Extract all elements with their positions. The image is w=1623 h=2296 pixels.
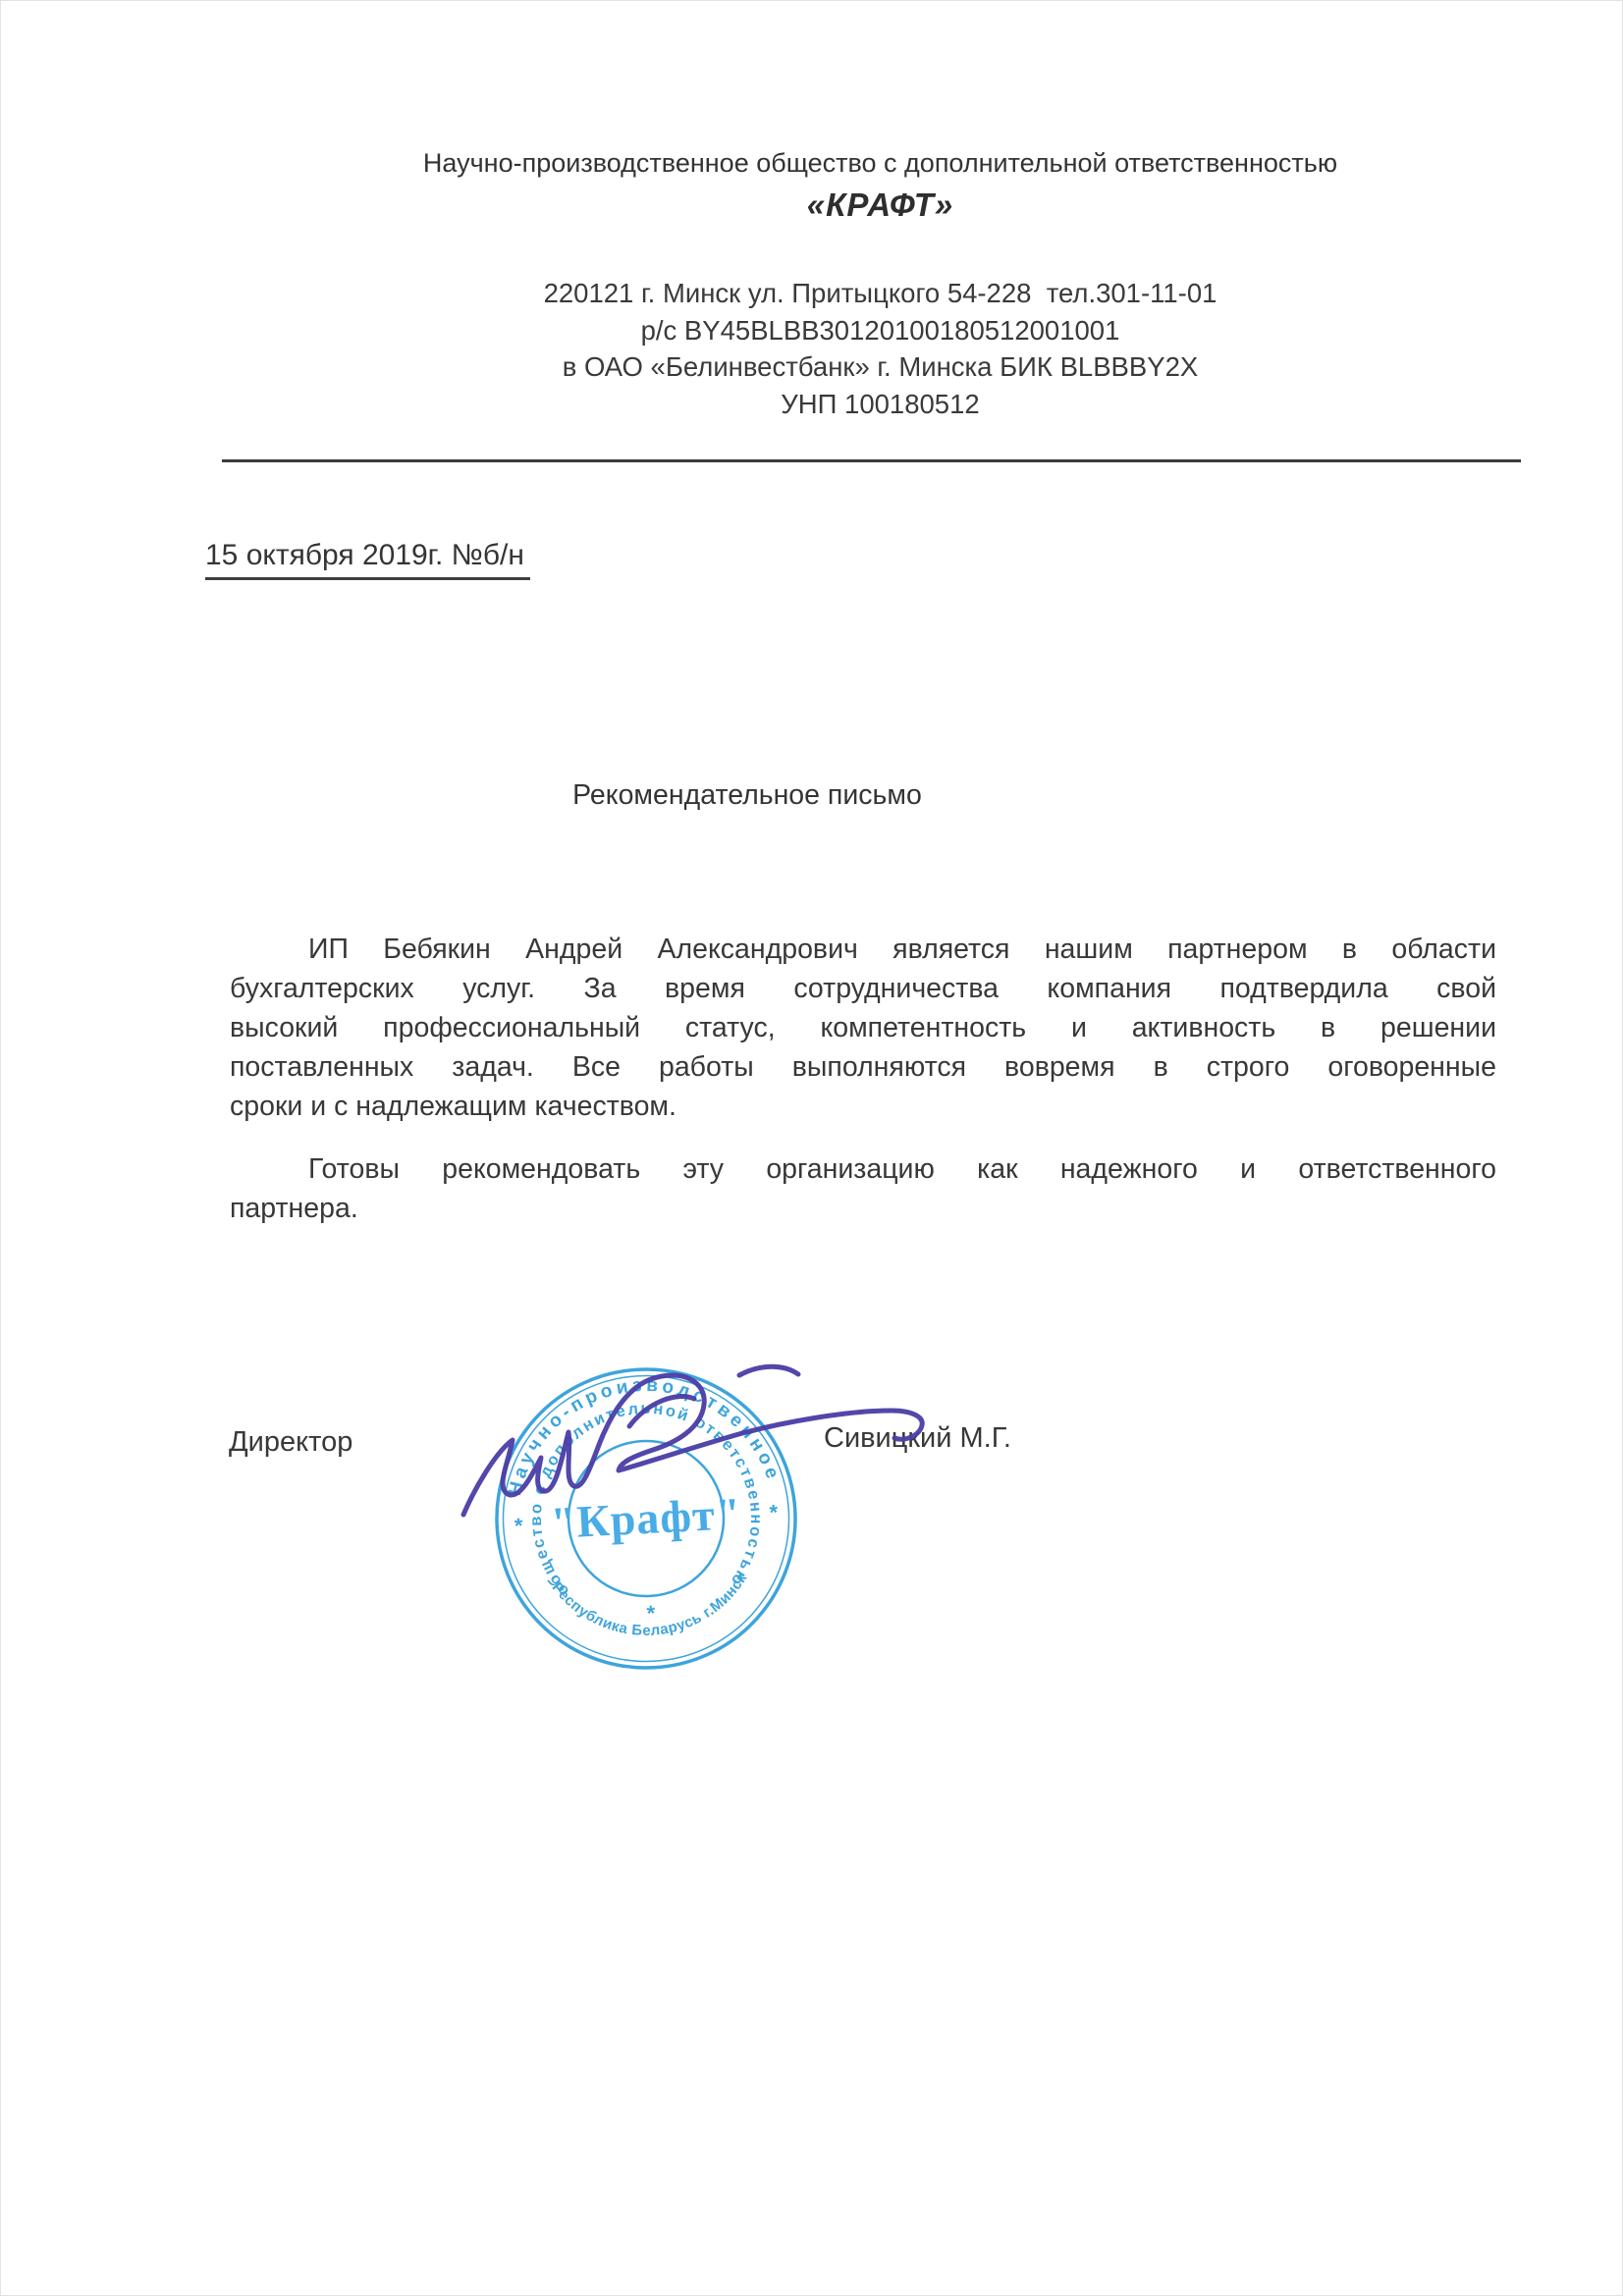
letter-title: Рекомендательное письмо <box>1 779 1493 812</box>
unp-line: УНП 100180512 <box>138 386 1622 423</box>
stamp-middle-ring-text: общество с дополнительной ответственност… <box>521 1394 769 1602</box>
paragraph: ИП Бебякин Андрей Александрович является… <box>230 930 1496 1126</box>
signature-top-curl <box>739 1366 798 1375</box>
stamp-separator-left: * <box>514 1514 523 1538</box>
svg-text:общество с дополнительной отве: общество с дополнительной ответственност… <box>521 1394 769 1602</box>
paragraph-line: Готовы рекомендовать эту организацию как… <box>230 1149 1496 1189</box>
paragraph-line: сроки и с надлежащим качеством. <box>230 1087 1496 1126</box>
header-divider-rule <box>222 459 1521 462</box>
svg-text:Научно-производственное: Научно-производственное <box>499 1368 784 1499</box>
round-stamp: Научно-производственное общество с допол… <box>489 1362 802 1675</box>
bank-line: в ОАО «Белинвестбанк» г. Минска БИК BLBB… <box>138 348 1622 386</box>
address-line: 220121 г. Минск ул. Притыцкого 54-228 те… <box>138 275 1622 312</box>
stamp-inner-circle <box>565 1437 728 1600</box>
paragraph-line: поставленных задач. Все работы выполняют… <box>230 1047 1496 1087</box>
svg-text:Республика Беларусь г.Минск: Республика Беларусь г.Минск <box>548 1570 753 1644</box>
stamp-separator-bottom: * <box>646 1601 656 1626</box>
scanned-letter-page: Научно-производственное общество с допол… <box>0 0 1623 2296</box>
stamp-outer-ring-text: Научно-производственное <box>499 1368 784 1499</box>
stamp-outer-inner-circle <box>496 1368 796 1669</box>
signer-name: Сивицкий М.Г. <box>824 1422 1011 1455</box>
letter-body: ИП Бебякин Андрей Александрович является… <box>230 930 1496 1228</box>
org-name: «КРАФТ» <box>138 187 1622 224</box>
stamp-center-name: "Крафт" <box>550 1488 743 1548</box>
signer-role-label: Директор <box>229 1426 352 1459</box>
letterhead: Научно-производственное общество с допол… <box>138 148 1622 422</box>
paragraph-line: бухгалтерских услуг. За время сотрудниче… <box>230 969 1496 1008</box>
letterhead-details: 220121 г. Минск ул. Притыцкого 54-228 те… <box>138 275 1622 422</box>
paragraph: Готовы рекомендовать эту организацию как… <box>230 1149 1496 1228</box>
stamp-bottom-ring-text: Республика Беларусь г.Минск <box>548 1570 753 1644</box>
signature-loop-stroke <box>629 1397 694 1426</box>
paragraph-line: высокий профессиональный статус, компете… <box>230 1008 1496 1047</box>
stamp-separator-right: * <box>769 1500 779 1524</box>
stamp-outer-circle <box>489 1362 802 1675</box>
account-line: р/с BY45BLBB30120100180512001001 <box>138 312 1622 349</box>
paragraph-line: партнера. <box>230 1189 1496 1228</box>
org-form-line: Научно-производственное общество с допол… <box>138 148 1622 179</box>
paragraph-line: ИП Бебякин Андрей Александрович является… <box>230 930 1496 969</box>
date-and-number-line: 15 октября 2019г. №б/н <box>205 539 530 580</box>
stamp-and-signature: Научно-производственное общество с допол… <box>423 1331 973 1694</box>
